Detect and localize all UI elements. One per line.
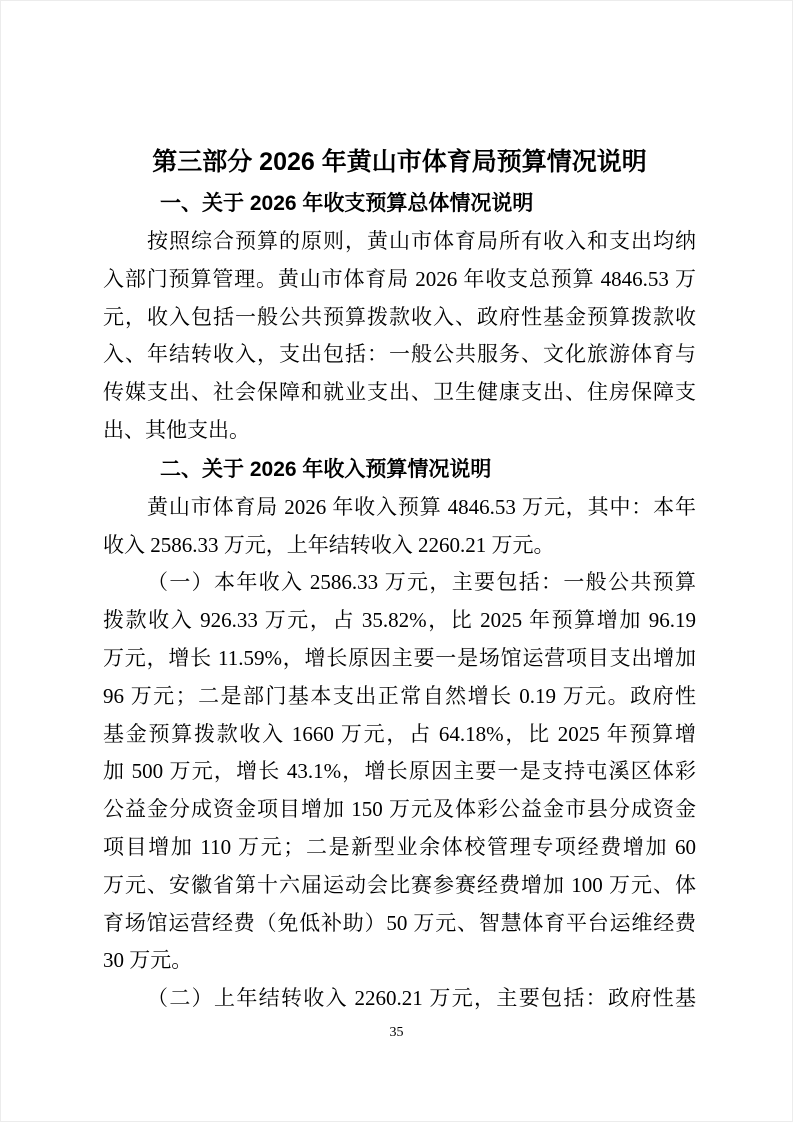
body-line: 出、其他支出。 bbox=[103, 412, 696, 450]
body-line: 30 万元。 bbox=[103, 942, 696, 980]
document-body: 一、关于 2026 年收支预算总体情况说明按照综合预算的原则，黄山市体育局所有收… bbox=[103, 184, 696, 1018]
body-line: 入、年结转收入，支出包括：一般公共服务、文化旅游体育与 bbox=[103, 336, 696, 374]
body-line: （二）上年结转收入 2260.21 万元，主要包括：政府性基 bbox=[103, 980, 696, 1018]
body-line: 育场馆运营经费（免低补助）50 万元、智慧体育平台运维经费 bbox=[103, 905, 696, 943]
body-line: 万元，增长 11.59%，增长原因主要一是场馆运营项目支出增加 bbox=[103, 640, 696, 678]
document-content: 第三部分 2026 年黄山市体育局预算情况说明 一、关于 2026 年收支预算总… bbox=[103, 140, 696, 1018]
body-line: 拨款收入 926.33 万元，占 35.82%，比 2025 年预算增加 96.… bbox=[103, 602, 696, 640]
document-title: 第三部分 2026 年黄山市体育局预算情况说明 bbox=[103, 140, 696, 184]
body-line: 项目增加 110 万元；二是新型业余体校管理专项经费增加 60 bbox=[103, 829, 696, 867]
body-line: 传媒支出、社会保障和就业支出、卫生健康支出、住房保障支 bbox=[103, 374, 696, 412]
body-line: 基金预算拨款收入 1660 万元，占 64.18%，比 2025 年预算增 bbox=[103, 716, 696, 754]
body-line: （一）本年收入 2586.33 万元，主要包括：一般公共预算 bbox=[103, 564, 696, 602]
body-line: 加 500 万元，增长 43.1%，增长原因主要一是支持屯溪区体彩 bbox=[103, 753, 696, 791]
body-line: 按照综合预算的原则，黄山市体育局所有收入和支出均纳 bbox=[103, 223, 696, 261]
document-page: 第三部分 2026 年黄山市体育局预算情况说明 一、关于 2026 年收支预算总… bbox=[0, 0, 793, 1122]
body-line: 入部门预算管理。黄山市体育局 2026 年收支总预算 4846.53 万 bbox=[103, 261, 696, 299]
body-line: 96 万元；二是部门基本支出正常自然增长 0.19 万元。政府性 bbox=[103, 678, 696, 716]
body-line: 收入 2586.33 万元，上年结转收入 2260.21 万元。 bbox=[103, 527, 696, 565]
page-number: 35 bbox=[1, 1023, 792, 1043]
body-line: 黄山市体育局 2026 年收入预算 4846.53 万元，其中：本年 bbox=[103, 489, 696, 527]
section-heading: 一、关于 2026 年收支预算总体情况说明 bbox=[103, 184, 696, 223]
body-line: 元，收入包括一般公共预算拨款收入、政府性基金预算拨款收 bbox=[103, 299, 696, 337]
body-line: 万元、安徽省第十六届运动会比赛参赛经费增加 100 万元、体 bbox=[103, 867, 696, 905]
body-line: 公益金分成资金项目增加 150 万元及体彩公益金市县分成资金 bbox=[103, 791, 696, 829]
section-heading: 二、关于 2026 年收入预算情况说明 bbox=[103, 450, 696, 489]
